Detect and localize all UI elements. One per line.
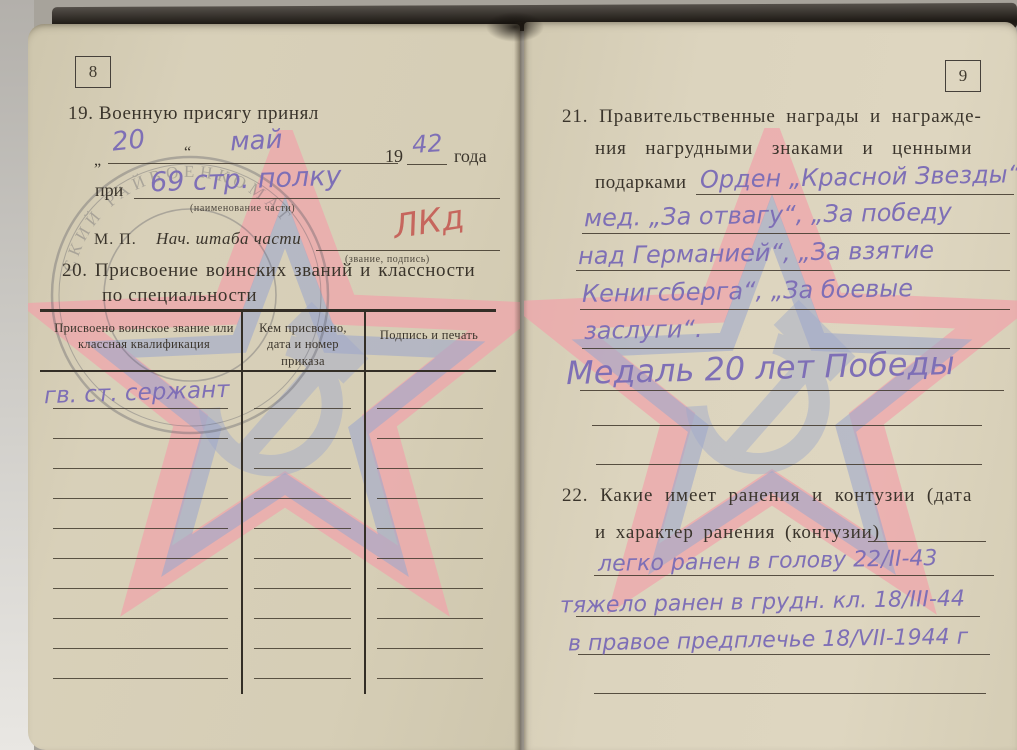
military-id-book-scan: СКИЙ РАЙВОЕНКОМАТ 8 19. Военную присягу … [0, 0, 1017, 750]
table-cell [364, 379, 496, 409]
item-21-number: 21. [562, 106, 588, 127]
quote-open: „ [94, 152, 101, 170]
year-handwritten: 42 [411, 129, 443, 159]
table-row [40, 499, 496, 529]
table-row [40, 439, 496, 469]
table-row [40, 559, 496, 589]
item-20-number: 20. [62, 260, 88, 281]
table-top-border [40, 309, 496, 312]
award-entry-handwritten: заслуги“. [584, 315, 703, 345]
table-row [40, 469, 496, 499]
item-22-number: 22. [562, 485, 588, 506]
mp-label: М. П. [94, 231, 137, 249]
item-20-heading-line2: по специальности [102, 285, 257, 307]
oath-month-handwritten: май [229, 125, 283, 158]
table-col2-header: Кем присвоено, дата и номер приказа [246, 320, 360, 369]
binding-notch [486, 12, 544, 42]
table-row [40, 619, 496, 649]
page-9: 9 21. Правительственные награды и награж… [524, 22, 1017, 750]
table-header-border [40, 370, 496, 372]
blank-ruled-line [596, 441, 982, 465]
unit-caption: (наименование части) [190, 203, 295, 214]
item-22-heading-line2: и характер ранения (контузии) [595, 522, 880, 544]
item-21-title-line1: Правительственные награды и награжде- [599, 106, 982, 127]
chief-of-staff-label: Нач. штаба части [156, 229, 301, 249]
item-21-heading-line2: ния нагрудными знаками и ценными [595, 138, 972, 160]
item-21-heading-line1: 21. Правительственные награды и награжде… [562, 106, 982, 128]
wound-heading-line [868, 522, 986, 542]
at-unit-label: при [95, 180, 123, 201]
table-row [40, 649, 496, 679]
item-22-heading-line1: 22. Какие имеет ранения и контузии (дата [562, 485, 972, 507]
item-20-title-line1: Присвоение воинских званий и классности [95, 260, 475, 281]
center-fold [514, 22, 528, 750]
award-entry-handwritten: Кенигсберга“, „За боевые [582, 274, 913, 308]
item-22-title-line1: Какие имеет ранения и контузии (дата [600, 485, 972, 506]
item-19-number: 19. [68, 103, 94, 124]
table-col3-header: Подпись и печать [370, 327, 488, 343]
page-number-left: 8 [75, 56, 111, 88]
item-19-title: Военную присягу принял [99, 103, 319, 124]
blank-ruled-line [592, 402, 982, 426]
table-cell [241, 379, 364, 409]
page-8: СКИЙ РАЙВОЕНКОМАТ 8 19. Военную присягу … [28, 24, 520, 750]
table-row [40, 409, 496, 439]
item-20-heading-line1: 20. Присвоение воинских званий и классно… [62, 260, 475, 282]
table-row [40, 589, 496, 619]
item-19-heading: 19. Военную присягу принял [68, 103, 319, 125]
award-entry-handwritten: Орден „Красной Звезды“ [700, 160, 1017, 194]
signature-line [316, 224, 500, 251]
blank-ruled-line [594, 670, 986, 694]
gifts-label: подарками [595, 172, 687, 194]
page-number-right: 9 [945, 60, 981, 92]
table-col1-header: Присвоено воинское звание или классная к… [48, 320, 240, 353]
table-row [40, 529, 496, 559]
